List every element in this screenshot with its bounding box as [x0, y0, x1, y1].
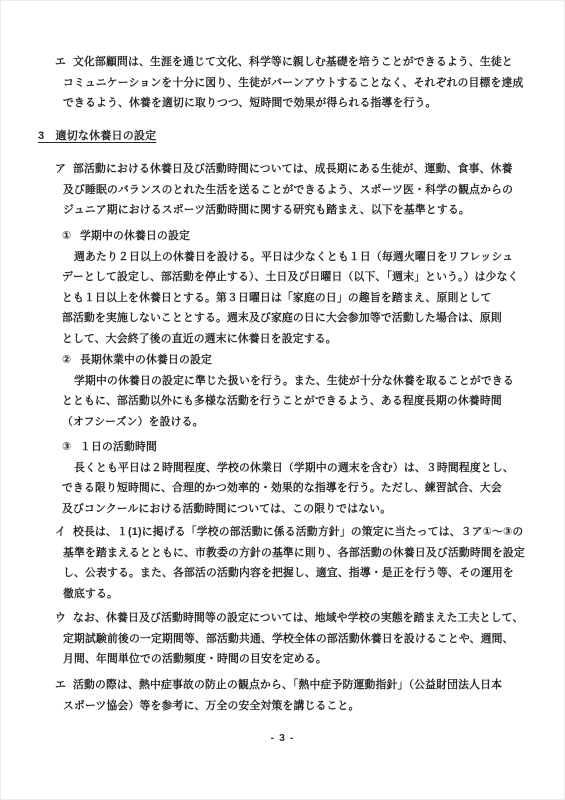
text-line: 及びコンクールにおける活動時間については、この限りではない。	[62, 499, 555, 520]
paragraph-lines: なお、休養日及び活動時間等の設定については、地域や学校の実態を踏まえた工夫として…	[63, 608, 555, 670]
item-body-lines: 学期中の休養日の設定に準じた扱いを行う。また、生徒が十分な休養を取ることができる…	[62, 371, 555, 433]
item-marker-e2: エ	[55, 675, 66, 696]
text-line: 定期試験前後の一定期間等、部活動共通、学校全体の部活動休養日を設けることや、週間…	[63, 629, 555, 650]
circled-2-marker: ②	[62, 350, 80, 371]
text-line: なお、休養日及び活動時間等の設定については、地域や学校の実態を踏まえた工夫として…	[63, 608, 555, 629]
item-title-row: ②長期休業中の休養日の設定	[62, 350, 555, 371]
paragraph-lines: 部活動における休養日及び活動時間については、成長期にある生徒が、運動、食事、休養…	[63, 159, 555, 221]
text-line: 学期中の休養日の設定に準じた扱いを行う。また、生徒が十分な休養を取ることができる	[62, 371, 555, 392]
text-line: 徹底する。	[63, 584, 555, 605]
text-line: 校長は、１(1)に掲げる「学校の部活動に係る活動方針」の策定に当たっては、３ア①…	[63, 522, 555, 543]
item-vacation-rest-days: ②長期休業中の休養日の設定 学期中の休養日の設定に準じた扱いを行う。また、生徒が…	[62, 350, 555, 432]
item-marker-i: イ	[55, 522, 66, 543]
item-title: 学期中の休養日の設定	[80, 230, 190, 242]
text-line: できる限り短時間に、合理的かつ効率的・効果的な指導を行う。ただし、練習試合、大会	[62, 478, 555, 499]
document-page: エ 文化部顧問は、生涯を通じて文化、科学等に親しむ基礎を培うことができるよう、生…	[0, 0, 565, 800]
paragraph-lines: 校長は、１(1)に掲げる「学校の部活動に係る活動方針」の策定に当たっては、３ア①…	[63, 522, 555, 604]
circled-3-marker: ③	[62, 437, 80, 458]
circled-1-marker: ①	[62, 226, 80, 247]
text-line: ジュニア期におけるスポーツ活動時間に関する研究も踏まえ、以下を基準とする。	[63, 200, 555, 221]
text-line: 長くとも平日は２時間程度、学校の休業日（学期中の週末を含む）は、３時間程度とし、	[62, 458, 555, 479]
item-title-row: ①学期中の休養日の設定	[62, 226, 555, 247]
text-line: し、公表する。また、各部活の活動内容を把握し、適宜、指導・是正を行う等、その運用…	[63, 563, 555, 584]
text-line: 月間、年間単位での活動頻度・時間の目安を定める。	[63, 649, 555, 670]
text-line: 文化部顧問は、生涯を通じて文化、科学等に親しむ基礎を培うことができるよう、生徒と	[63, 52, 555, 73]
section-heading: 3 適切な休養日の設定	[38, 126, 156, 147]
text-line: 週あたり２日以上の休養日を設ける。平日は少なくとも１日（毎週火曜日をリフレッシュ	[62, 247, 555, 268]
paragraph-lines: 活動の際は、熱中症事故の防止の観点から、「熱中症予防運動指針」（公益財団法人日本…	[63, 675, 555, 716]
paragraph-principal-policy: イ 校長は、１(1)に掲げる「学校の部活動に係る活動方針」の策定に当たっては、３…	[63, 522, 555, 604]
item-title-row: ③１日の活動時間	[62, 437, 555, 458]
item-title: 長期休業中の休養日の設定	[80, 354, 212, 366]
item-body-lines: 週あたり２日以上の休養日を設ける。平日は少なくとも１日（毎週火曜日をリフレッシュ…	[62, 247, 555, 350]
item-body-lines: 長くとも平日は２時間程度、学校の休業日（学期中の週末を含む）は、３時間程度とし、…	[62, 458, 555, 520]
item-marker-a: ア	[55, 159, 66, 180]
text-line: 部活動を実施しないこととする。週末及び家庭の日に大会参加等で活動した場合は、原則	[62, 308, 555, 329]
text-line: できるよう、休養を適切に取りつつ、短時間で効果が得られる指導を行う。	[63, 93, 555, 114]
paragraph-standards: ア 部活動における休養日及び活動時間については、成長期にある生徒が、運動、食事、…	[63, 159, 555, 221]
text-line: （オフシーズン）を設ける。	[62, 412, 555, 433]
text-line: 部活動における休養日及び活動時間については、成長期にある生徒が、運動、食事、休養	[63, 159, 555, 180]
item-marker-e: エ	[55, 52, 66, 73]
item-daily-activity-hours: ③１日の活動時間 長くとも平日は２時間程度、学校の休業日（学期中の週末を含む）は…	[62, 437, 555, 519]
text-line: 基準を踏まえるとともに、市教委の方針の基準に則り、各部活動の休養日及び活動時間を…	[63, 543, 555, 564]
text-line: 及び睡眠のバランスのとれた生活を送ることができるよう、スポーツ医・科学の観点から…	[63, 180, 555, 201]
page-number: - 3 -	[0, 732, 565, 744]
text-line: コミュニケーションを十分に図り、生徒がバーンアウトすることなく、それぞれの目標を…	[63, 73, 555, 94]
text-line: スポーツ協会）等を参考に、万全の安全対策を講じること。	[63, 696, 555, 717]
text-line: とともに、部活動以外にも多様な活動を行うことができるよう、ある程度長期の休養時間	[62, 391, 555, 412]
paragraph-lines: 文化部顧問は、生涯を通じて文化、科学等に親しむ基礎を培うことができるよう、生徒と…	[63, 52, 555, 114]
item-term-rest-days: ①学期中の休養日の設定 週あたり２日以上の休養日を設ける。平日は少なくとも１日（…	[62, 226, 555, 349]
paragraph-local-adaptation: ウ なお、休養日及び活動時間等の設定については、地域や学校の実態を踏まえた工夫と…	[63, 608, 555, 670]
text-line: デーとして設定し、部活動を停止する）、土日及び日曜日（以下、「週末」という。）は…	[62, 267, 555, 288]
paragraph-heatstroke-safety: エ 活動の際は、熱中症事故の防止の観点から、「熱中症予防運動指針」（公益財団法人…	[63, 675, 555, 716]
item-marker-u: ウ	[55, 608, 66, 629]
paragraph-culture-advisor: エ 文化部顧問は、生涯を通じて文化、科学等に親しむ基礎を培うことができるよう、生…	[63, 52, 555, 114]
text-line: 活動の際は、熱中症事故の防止の観点から、「熱中症予防運動指針」（公益財団法人日本	[63, 675, 555, 696]
text-line: として、大会終了後の直近の週末に休養日を設定する。	[62, 329, 555, 350]
text-line: とも１日以上を休養日とする。第３日曜日は「家庭の日」の趣旨を踏まえ、原則として	[62, 288, 555, 309]
item-title: １日の活動時間	[80, 441, 157, 453]
